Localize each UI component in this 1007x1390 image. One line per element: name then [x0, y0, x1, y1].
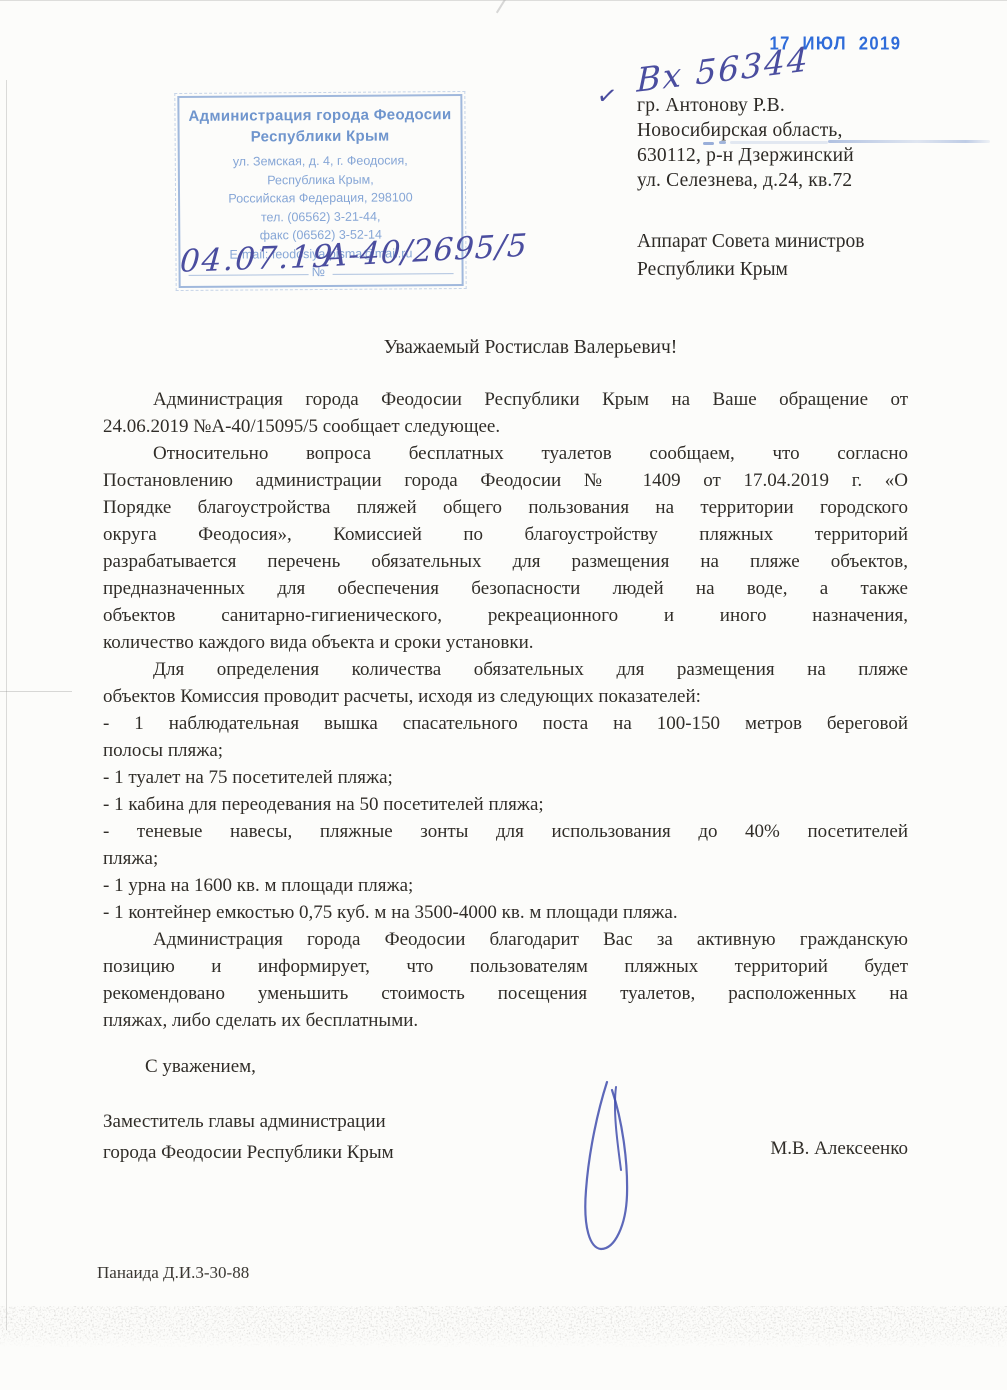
signature-stroke — [540, 1058, 700, 1268]
paragraph-line: округа Феодосия», Комиссией по благоустр… — [103, 521, 908, 548]
stamp-org-name: Администрация города ФеодосииРеспублики … — [179, 104, 460, 148]
signer-name: М.В. Алексеенко — [770, 1138, 908, 1160]
paragraph: - 1 наблюдательная вышка спасательного п… — [103, 710, 908, 764]
scan-noise-band — [0, 1306, 1007, 1348]
text-line: Республики Крым — [637, 256, 864, 284]
paragraph: Администрация города Феодосии благодарит… — [103, 926, 908, 1034]
text-line: Администрация города Феодосии — [179, 104, 460, 127]
handwritten-outgoing-date: 04.07.19 — [179, 238, 335, 279]
paragraph-line: - 1 контейнер емкостью 0,75 куб. м на 35… — [103, 899, 908, 926]
paragraph-line: Относительно вопроса бесплатных туалетов… — [103, 440, 908, 467]
pen-stroke-dash — [703, 142, 714, 145]
salutation: Уважаемый Ростислав Валерьевич! — [103, 337, 908, 359]
crease-mark — [496, 0, 506, 13]
text-line: Аппарат Совета министров — [637, 228, 864, 256]
paragraph: - 1 контейнер емкостью 0,75 куб. м на 35… — [103, 899, 908, 926]
paragraph: - 1 туалет на 75 посетителей пляжа; — [103, 764, 908, 791]
paragraph-line: Постановлению администрации города Феодо… — [103, 467, 908, 494]
paragraph-line: - 1 туалет на 75 посетителей пляжа; — [103, 764, 908, 791]
paragraph: Относительно вопроса бесплатных туалетов… — [103, 440, 908, 656]
paragraph-line: - 1 наблюдательная вышка спасательного п… — [103, 710, 908, 737]
paragraph-line: - теневые навесы, пляжные зонты для испо… — [103, 818, 908, 845]
stamp-number-underline — [333, 273, 454, 275]
handwritten-checkmark: ✓ — [595, 81, 619, 113]
paragraph-line: полосы пляжа; — [103, 737, 908, 764]
paragraph-line: Для определения количества обязательных … — [103, 656, 908, 683]
text-line: гр. Антонову Р.В. — [637, 93, 854, 118]
paragraph: - теневые навесы, пляжные зонты для испо… — [103, 818, 908, 872]
text-line: Заместитель главы администрации — [103, 1106, 394, 1137]
fold-mark — [0, 691, 72, 692]
paragraph-line: объектов санитарно-гигиенического, рекре… — [103, 602, 908, 629]
text-line: ул. Селезнева, д.24, кв.72 — [637, 168, 854, 193]
paragraph-line: пляжа; — [103, 845, 908, 872]
signer-position-block: Заместитель главы администрациигорода Фе… — [103, 1106, 394, 1168]
paragraph-line: рекомендовано уменьшить стоимость посеще… — [103, 980, 908, 1007]
text-line: 630112, р-н Дзержинский — [637, 143, 854, 168]
paragraph: Администрация города Феодосии Республики… — [103, 386, 908, 440]
scanned-letter-page: Администрация города ФеодосииРеспублики … — [0, 0, 1007, 1390]
pen-stroke-faint — [730, 141, 828, 144]
paragraph-line: количество каждого вида объекта и сроки … — [103, 629, 908, 656]
paragraph-line: позицию и информирует, что пользователям… — [103, 953, 908, 980]
letter-body: Администрация города Феодосии Республики… — [103, 386, 908, 1034]
incoming-date-stamp: 17 ИЮЛ 2019 — [769, 32, 901, 55]
pen-stroke-line — [828, 140, 990, 143]
paragraph-line: Порядке благоустройства пляжей общего по… — [103, 494, 908, 521]
executor-note: Панаида Д.И.3-30-88 — [97, 1263, 249, 1283]
closing-phrase: С уважением, — [145, 1056, 256, 1078]
paragraph-line: Администрация города Феодосии благодарит… — [103, 926, 908, 953]
text-line: Республики Крым — [180, 125, 461, 148]
paragraph: - 1 урна на 1600 кв. м площади пляжа; — [103, 872, 908, 899]
paragraph-line: разрабатывается перечень обязательных дл… — [103, 548, 908, 575]
text-line: Новосибирская область, — [637, 118, 854, 143]
text-line: Российская Федерация, 298100 — [180, 188, 461, 208]
paragraph-line: - 1 урна на 1600 кв. м площади пляжа; — [103, 872, 908, 899]
text-line: города Феодосии Республики Крым — [103, 1137, 394, 1168]
secondary-recipient-block: Аппарат Совета министровРеспублики Крым — [637, 228, 864, 284]
scan-left-edge-line — [6, 80, 7, 1330]
paragraph: - 1 кабина для переодевания на 50 посети… — [103, 791, 908, 818]
text-line: тел. (06562) 3-21-44, — [180, 207, 461, 227]
text-line: ул. Земская, д. 4, г. Феодосия, — [180, 151, 461, 171]
paragraph-line: Администрация города Феодосии Республики… — [103, 386, 908, 413]
text-line: Республика Крым, — [180, 170, 461, 190]
paragraph-line: объектов Комиссия проводит расчеты, исхо… — [103, 683, 908, 710]
paragraph-line: пляжах, либо сделать их бесплатными. — [103, 1007, 908, 1034]
pen-stroke-dash — [719, 141, 726, 144]
paragraph-line: - 1 кабина для переодевания на 50 посети… — [103, 791, 908, 818]
paragraph: Для определения количества обязательных … — [103, 656, 908, 710]
paragraph-line: предназначенных для обеспечения безопасн… — [103, 575, 908, 602]
paragraph-line: 24.06.2019 №А-40/15095/5 сообщает следую… — [103, 413, 908, 440]
